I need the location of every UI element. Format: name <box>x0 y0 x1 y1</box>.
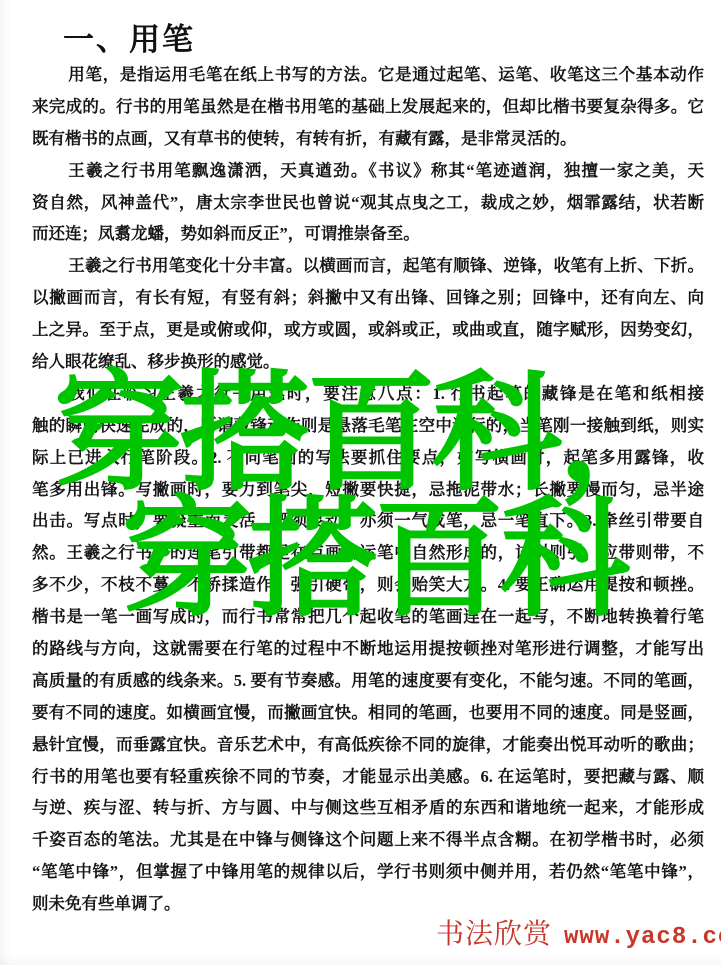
text-line: 王羲之行书用笔变化十分丰富。以横画而言，起笔有顺锋、逆锋，收笔有上折、下折。 <box>32 250 704 282</box>
text-line: 以撇画而言，有长有短，有竖有斜；斜撇中又有出锋、回锋之别；回锋中，还有向左、向 <box>32 282 704 314</box>
text-line: 要有不同的速度。如横画宜慢，而撇画宜快。相同的笔画，也要用不同的速度。同是竖画， <box>32 697 704 729</box>
watermark-line-2: 穿搭百科 <box>122 494 626 624</box>
footer-site-url: www.yac8.com <box>564 924 721 951</box>
text-line: 王羲之行书用笔飘逸潇洒，天真遒劲。《书议》称其“笔迹遒润，独擅一家之美，天 <box>32 155 704 187</box>
text-line: 与逆、疾与涩、转与折、方与圆、中与侧这些互相矛盾的东西和谐地统一起来，才能形成 <box>32 792 704 824</box>
text-line: 千姿百态的笔法。尤其是在中锋与侧锋这个问题上来不得半点含糊。在初学楷书时，必须 <box>32 824 704 856</box>
footer-site-name: 书法欣赏 <box>436 912 552 952</box>
text-line: “笔笔中锋”，但掌握了中锋用笔的规律以后，学行书则须中侧并用，若仍然“笔笔中锋”… <box>32 856 704 888</box>
text-line: 来完成的。行书的用笔虽然是在楷书用笔的基础上发展起来的，但却比楷书要复杂得多。它 <box>32 91 704 123</box>
page-title: 一、用笔 <box>63 14 195 59</box>
site-footer: 书法欣赏 www.yac8.com <box>436 912 721 952</box>
text-line: 高质量的有质感的线条来。5. 要有节奏感。用笔的速度要有变化，不能匀速。不同的笔… <box>32 665 704 697</box>
text-line: 资自然，风神盖代”，唐太宗李世民也曾说“观其点曳之工，裁成之妙，烟霏露结，状若断 <box>32 187 704 219</box>
text-line: 既有楷书的点画，又有草书的使转，有转有折，有藏有露，是非常灵活的。 <box>32 123 704 155</box>
scanned-document-page: 一、用笔 用笔，是指运用毛笔在纸上书写的方法。它是通过起笔、运笔、收笔这三个基本… <box>0 0 721 965</box>
text-line: 行书的用笔也要有轻重疾徐不同的节奏，才能显示出美感。6. 在运笔时，要把藏与露、… <box>32 761 704 793</box>
text-line: 上之异。至于点，更是或俯或仰，或方或圆，或斜或正，或曲或直，随字赋形，因势变幻， <box>32 314 704 346</box>
text-line: 的路线与方向，这就需要在行笔的过程中不断地运用提按顿挫对笔形进行调整，才能写出 <box>32 633 704 665</box>
watermark-line-1: 穿搭百科， <box>54 368 684 498</box>
text-line: 用笔，是指运用毛笔在纸上书写的方法。它是通过起笔、运笔、收笔这三个基本动作 <box>32 59 704 91</box>
text-line: 悬针宜慢，而垂露宜快。音乐艺术中，有高低疾徐不同的旋律，才能奏出悦耳动听的歌曲； <box>32 729 704 761</box>
text-line: 而还连；凤翥龙蟠，势如斜而反正”，可谓推崇备至。 <box>32 218 704 250</box>
